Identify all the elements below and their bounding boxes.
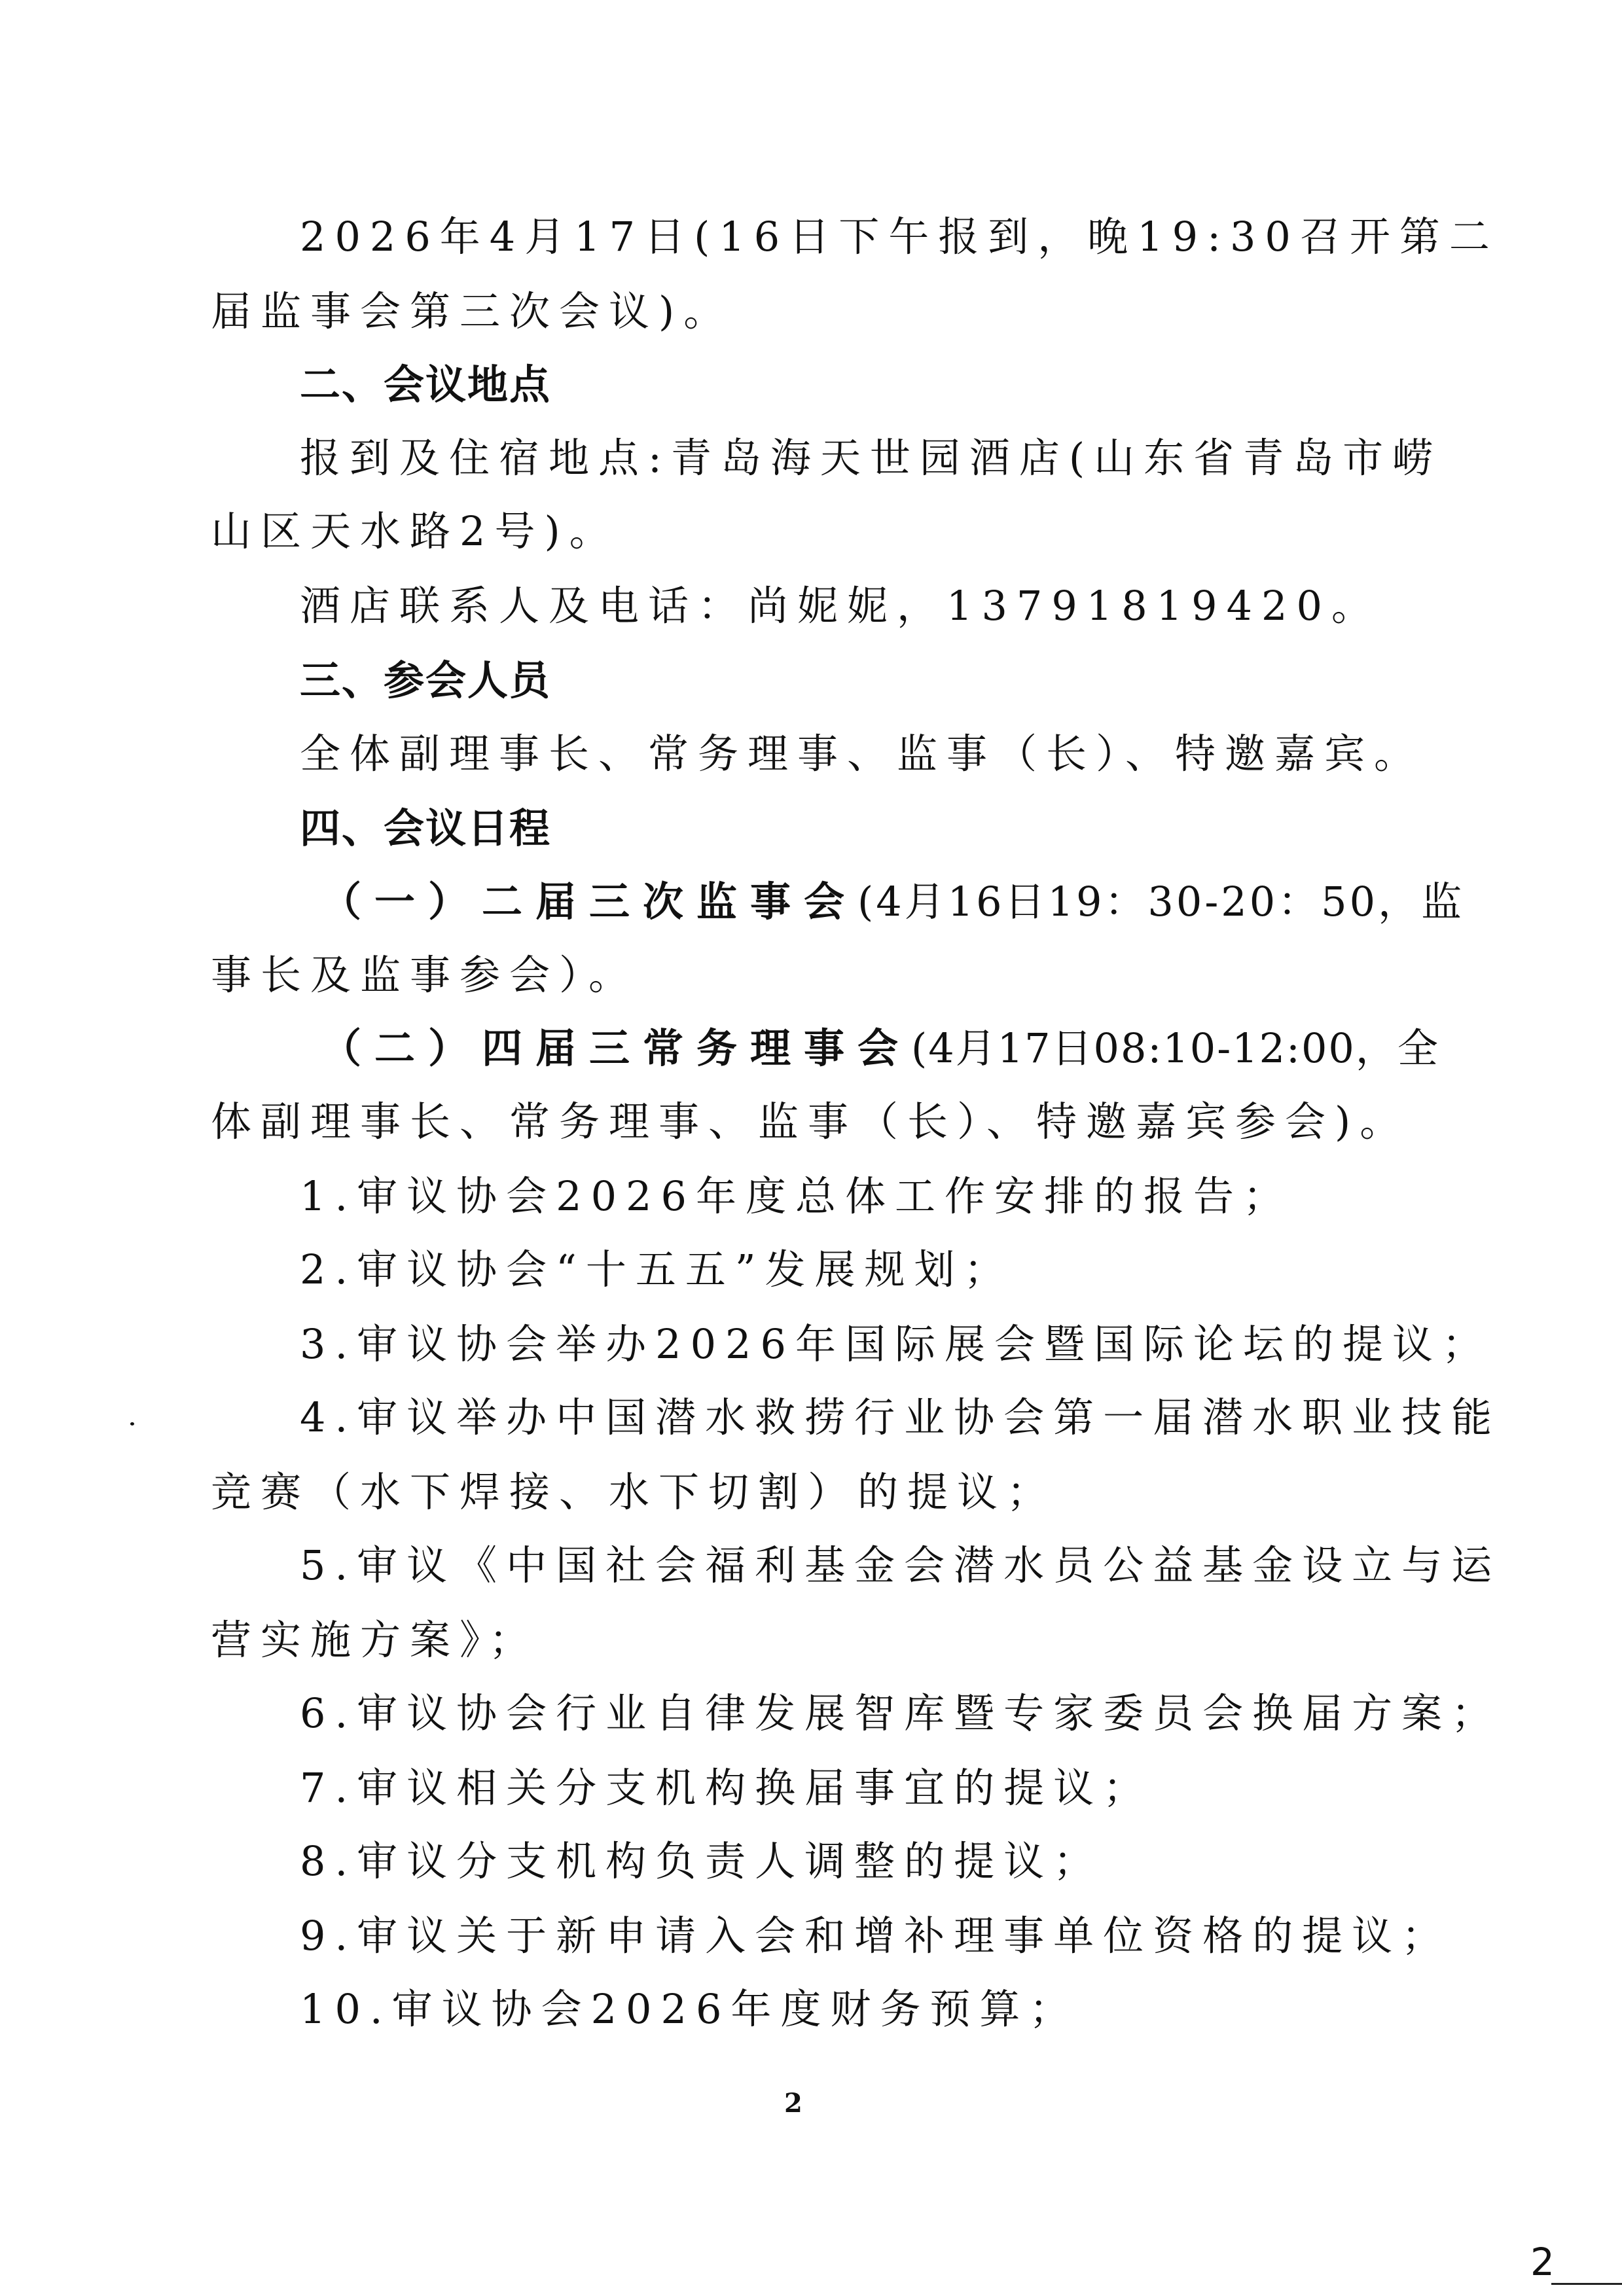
item-text: 审议协会举办2026年国际展会暨国际论坛的提议； [357, 1320, 1492, 1368]
corner-page-number: 2 [1530, 2240, 1555, 2284]
item-number: 9. [300, 1912, 357, 1960]
section-heading-venue: 二、会议地点 [300, 359, 1478, 411]
agenda-list-item-2: 2.审议协会“十五五”发展规划； [300, 1244, 1478, 1296]
agenda-item-supervisory-meeting: （一）二届三次监事会(4月16日19：30-20：50，监 [321, 876, 1499, 928]
item-number: 2. [300, 1246, 357, 1293]
agenda-time-council: (4月17日08:10-12:00，全 [911, 1024, 1439, 1072]
agenda-list-item-4-continued: 竞赛（水下焊接、水下切割）的提议； [211, 1466, 1389, 1518]
item-number: 7. [300, 1764, 357, 1812]
item-number: 3. [300, 1320, 357, 1368]
agenda-list-item-9: 9.审议关于新申请入会和增补理事单位资格的提议； [300, 1910, 1478, 1962]
hotel-contact-line: 酒店联系人及电话：尚妮妮，13791819420。 [300, 580, 1478, 632]
meeting-date-line-continued: 届监事会第三次会议)。 [211, 285, 1389, 338]
venue-address-line-continued: 山区天水路2号)。 [211, 505, 1389, 558]
agenda-title-supervisory: （一）二届三次监事会 [321, 878, 857, 925]
agenda-item-council-meeting: （二）四届三常务理事会(4月17日08:10-12:00，全 [321, 1022, 1499, 1075]
page-number: 2 [784, 2088, 802, 2119]
meeting-date-line: 2026年4月17日(16日下午报到，晚19:30召开第二 [300, 211, 1478, 263]
section-heading-schedule: 四、会议日程 [300, 802, 1478, 855]
agenda-time-supervisory: (4月16日19：30-20：50，监 [857, 878, 1464, 925]
item-text: 审议举办中国潜水救捞行业协会第一届潜水职业技能 [357, 1393, 1501, 1441]
item-text: 审议协会“十五五”发展规划； [357, 1246, 1013, 1293]
item-number: 6. [300, 1689, 357, 1737]
scan-speck [130, 1422, 134, 1426]
agenda-title-council: （二）四届三常务理事会 [321, 1024, 911, 1072]
agenda-item-council-continued: 体副理事长、常务理事、监事（长）、特邀嘉宾参会)。 [211, 1096, 1389, 1148]
item-number: 5. [300, 1541, 357, 1589]
item-text: 审议分支机构负责人调整的提议； [357, 1837, 1103, 1885]
agenda-list-item-3: 3.审议协会举办2026年国际展会暨国际论坛的提议； [300, 1318, 1478, 1371]
item-number: 10. [300, 1985, 392, 2033]
item-text: 审议相关分支机构换届事宜的提议； [357, 1764, 1153, 1812]
agenda-list-item-4: 4.审议举办中国潜水救捞行业协会第一届潜水职业技能 [300, 1391, 1478, 1444]
item-number: 1. [300, 1172, 357, 1220]
venue-address-line: 报到及住宿地点:青岛海天世园酒店(山东省青岛市崂 [300, 432, 1478, 484]
item-text: 审议《中国社会福利基金会潜水员公益基金设立与运 [357, 1541, 1501, 1589]
document-page: 2026年4月17日(16日下午报到，晚19:30召开第二 届监事会第三次会议)… [0, 0, 1622, 2296]
agenda-item-supervisory-continued: 事长及监事参会）。 [211, 949, 1389, 1001]
item-number: 4. [300, 1393, 357, 1441]
agenda-list-item-7: 7.审议相关分支机构换届事宜的提议； [300, 1762, 1478, 1814]
agenda-list-item-5-continued: 营实施方案》； [211, 1614, 1389, 1666]
corner-rule-divider [1551, 2283, 1622, 2285]
agenda-list-item-1: 1.审议协会2026年度总体工作安排的报告； [300, 1170, 1478, 1223]
item-text: 审议协会2026年度总体工作安排的报告； [357, 1172, 1293, 1220]
agenda-list-item-5: 5.审议《中国社会福利基金会潜水员公益基金设立与运 [300, 1539, 1478, 1592]
attendees-line: 全体副理事长、常务理事、监事（长）、特邀嘉宾。 [300, 728, 1478, 780]
section-heading-attendees: 三、参会人员 [300, 655, 1478, 707]
agenda-list-item-10: 10.审议协会2026年度财务预算； [300, 1983, 1478, 2036]
item-text: 审议协会2026年度财务预算； [392, 1985, 1079, 2033]
agenda-list-item-8: 8.审议分支机构负责人调整的提议； [300, 1835, 1478, 1888]
item-number: 8. [300, 1837, 357, 1885]
item-text: 审议关于新申请入会和增补理事单位资格的提议； [357, 1912, 1451, 1960]
agenda-list-item-6: 6.审议协会行业自律发展智库暨专家委员会换届方案； [300, 1687, 1478, 1740]
item-text: 审议协会行业自律发展智库暨专家委员会换届方案； [357, 1689, 1501, 1737]
